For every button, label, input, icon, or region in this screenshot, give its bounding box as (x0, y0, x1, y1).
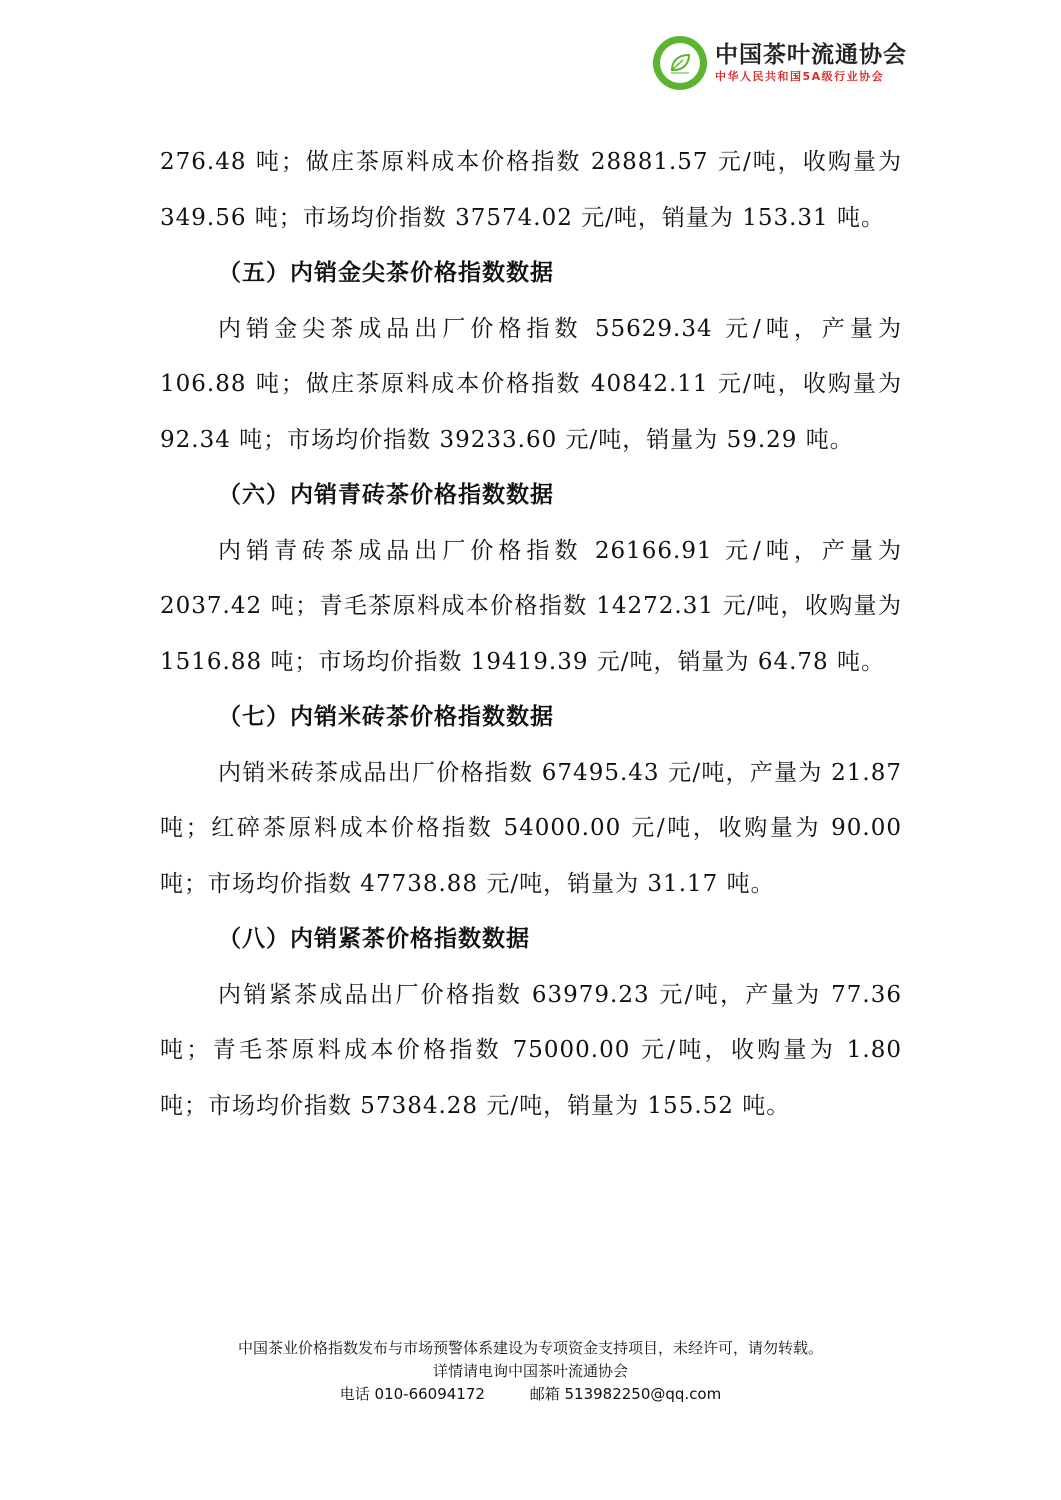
footer-inquiry: 详情请电询中国茶叶流通协会 (0, 1360, 1061, 1383)
intro-paragraph: 276.48 吨；做庄茶原料成本价格指数 28881.57 元/吨，收购量为 3… (160, 135, 902, 246)
document-body: 276.48 吨；做庄茶原料成本价格指数 28881.57 元/吨，收购量为 3… (160, 135, 902, 1134)
org-subtitle: 中华人民共和国5A级行业协会 (715, 69, 907, 85)
footer-contact: 电话 010-66094172 邮箱 513982250@qq.com (0, 1383, 1061, 1406)
leaf-circle-icon (653, 36, 707, 90)
section-heading-5: （五）内销金尖茶价格指数数据 (160, 246, 902, 302)
leaf-icon (667, 50, 693, 76)
section-heading-8: （八）内销紧茶价格指数数据 (160, 912, 902, 968)
footer-notice: 中国茶业价格指数发布与市场预警体系建设为专项资金支持项目，未经许可，请勿转载。 (0, 1337, 1061, 1360)
org-logo: 中国茶叶流通协会 中华人民共和国5A级行业协会 (653, 36, 907, 90)
org-name: 中国茶叶流通协会 (715, 41, 907, 69)
section-text-7: 内销米砖茶成品出厂价格指数 67495.43 元/吨，产量为 21.87 吨；红… (160, 746, 902, 913)
section-heading-7: （七）内销米砖茶价格指数数据 (160, 690, 902, 746)
section-text-6: 内销青砖茶成品出厂价格指数 26166.91 元/吨，产量为 2037.42 吨… (160, 524, 902, 691)
page-footer: 中国茶业价格指数发布与市场预警体系建设为专项资金支持项目，未经许可，请勿转载。 … (0, 1337, 1061, 1406)
footer-email: 邮箱 513982250@qq.com (530, 1385, 722, 1403)
section-text-8: 内销紧茶成品出厂价格指数 63979.23 元/吨，产量为 77.36 吨；青毛… (160, 968, 902, 1135)
section-text-5: 内销金尖茶成品出厂价格指数 55629.34 元/吨，产量为 106.88 吨；… (160, 302, 902, 469)
section-heading-6: （六）内销青砖茶价格指数数据 (160, 468, 902, 524)
footer-phone: 电话 010-66094172 (340, 1385, 485, 1403)
